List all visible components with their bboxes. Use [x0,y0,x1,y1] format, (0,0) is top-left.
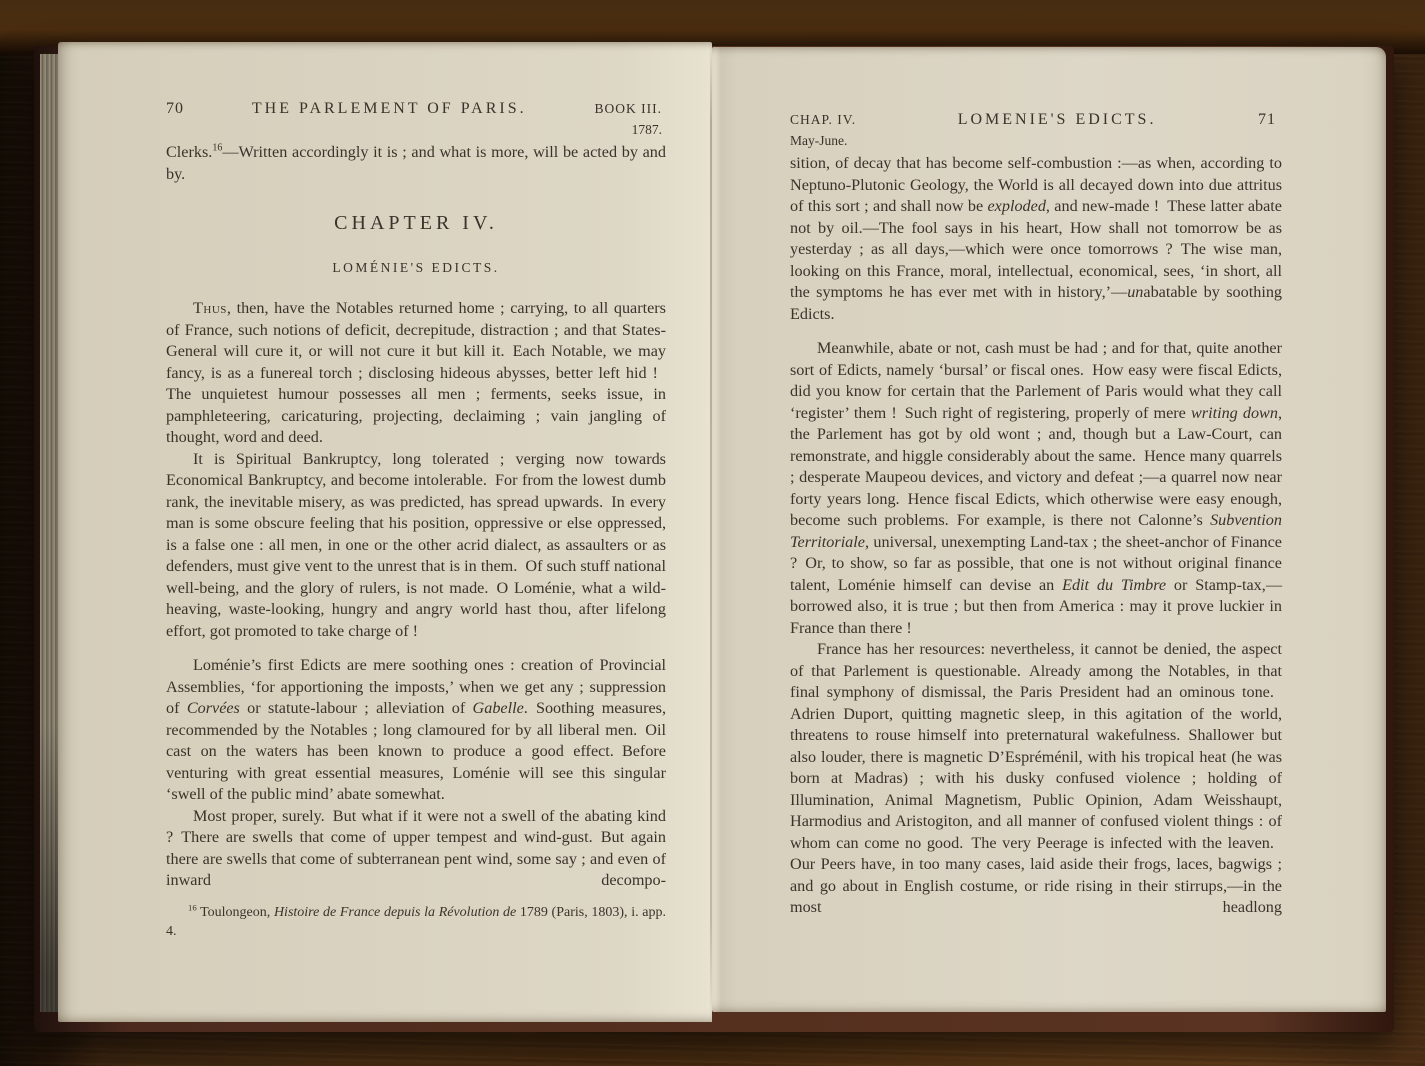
margin-date-left: 1787. [632,122,662,138]
paragraph: France has her resources: nevertheless, … [790,639,1282,919]
paragraph: sition, of decay that has become self-co… [790,153,1282,325]
right-page-body: sition, of decay that has become self-co… [790,153,1282,919]
left-page-body: Clerks.16—Written accordingly it is ; an… [166,142,666,942]
chapter-label: CHAP. IV. [790,112,856,128]
paragraph: Thus, then, have the Notables returned h… [166,298,666,449]
paragraph: Loménie’s first Edicts are mere soothing… [166,655,666,806]
footnote: 16 Toulongeon, Histoire de France depuis… [166,903,666,942]
margin-date-right: May-June. [790,133,847,149]
left-page-paragraphs: Thus, then, have the Notables returned h… [166,298,666,892]
running-title-left: THE PARLEMENT OF PARIS. [252,100,527,118]
chapter-heading: CHAPTER IV. [166,213,666,235]
page-number-left: 70 [166,100,184,118]
book-page-left: 70 THE PARLEMENT OF PARIS. BOOK III. 178… [58,42,712,1022]
page-number-right: 71 [1258,111,1276,129]
book-label: BOOK III. [595,101,663,117]
book-page-right: CHAP. IV. LOMENIE'S EDICTS. 71 May-June.… [712,47,1386,1012]
right-page-paragraphs: sition, of decay that has become self-co… [790,153,1282,919]
left-page-header: 70 THE PARLEMENT OF PARIS. BOOK III. [166,100,662,118]
left-page-opening: Clerks.16—Written accordingly it is ; an… [166,142,666,185]
paragraph: Most proper, surely. But what if it were… [166,806,666,892]
right-page-header: CHAP. IV. LOMENIE'S EDICTS. 71 [790,111,1276,129]
running-title-right: LOMENIE'S EDICTS. [958,111,1157,129]
paragraph: Clerks.16—Written accordingly it is ; an… [166,142,666,185]
paragraph: It is Spiritual Bankruptcy, long tolerat… [166,449,666,643]
chapter-subheading: LOMÉNIE'S EDICTS. [166,257,666,279]
paragraph: Meanwhile, abate or not, cash must be ha… [790,338,1282,639]
